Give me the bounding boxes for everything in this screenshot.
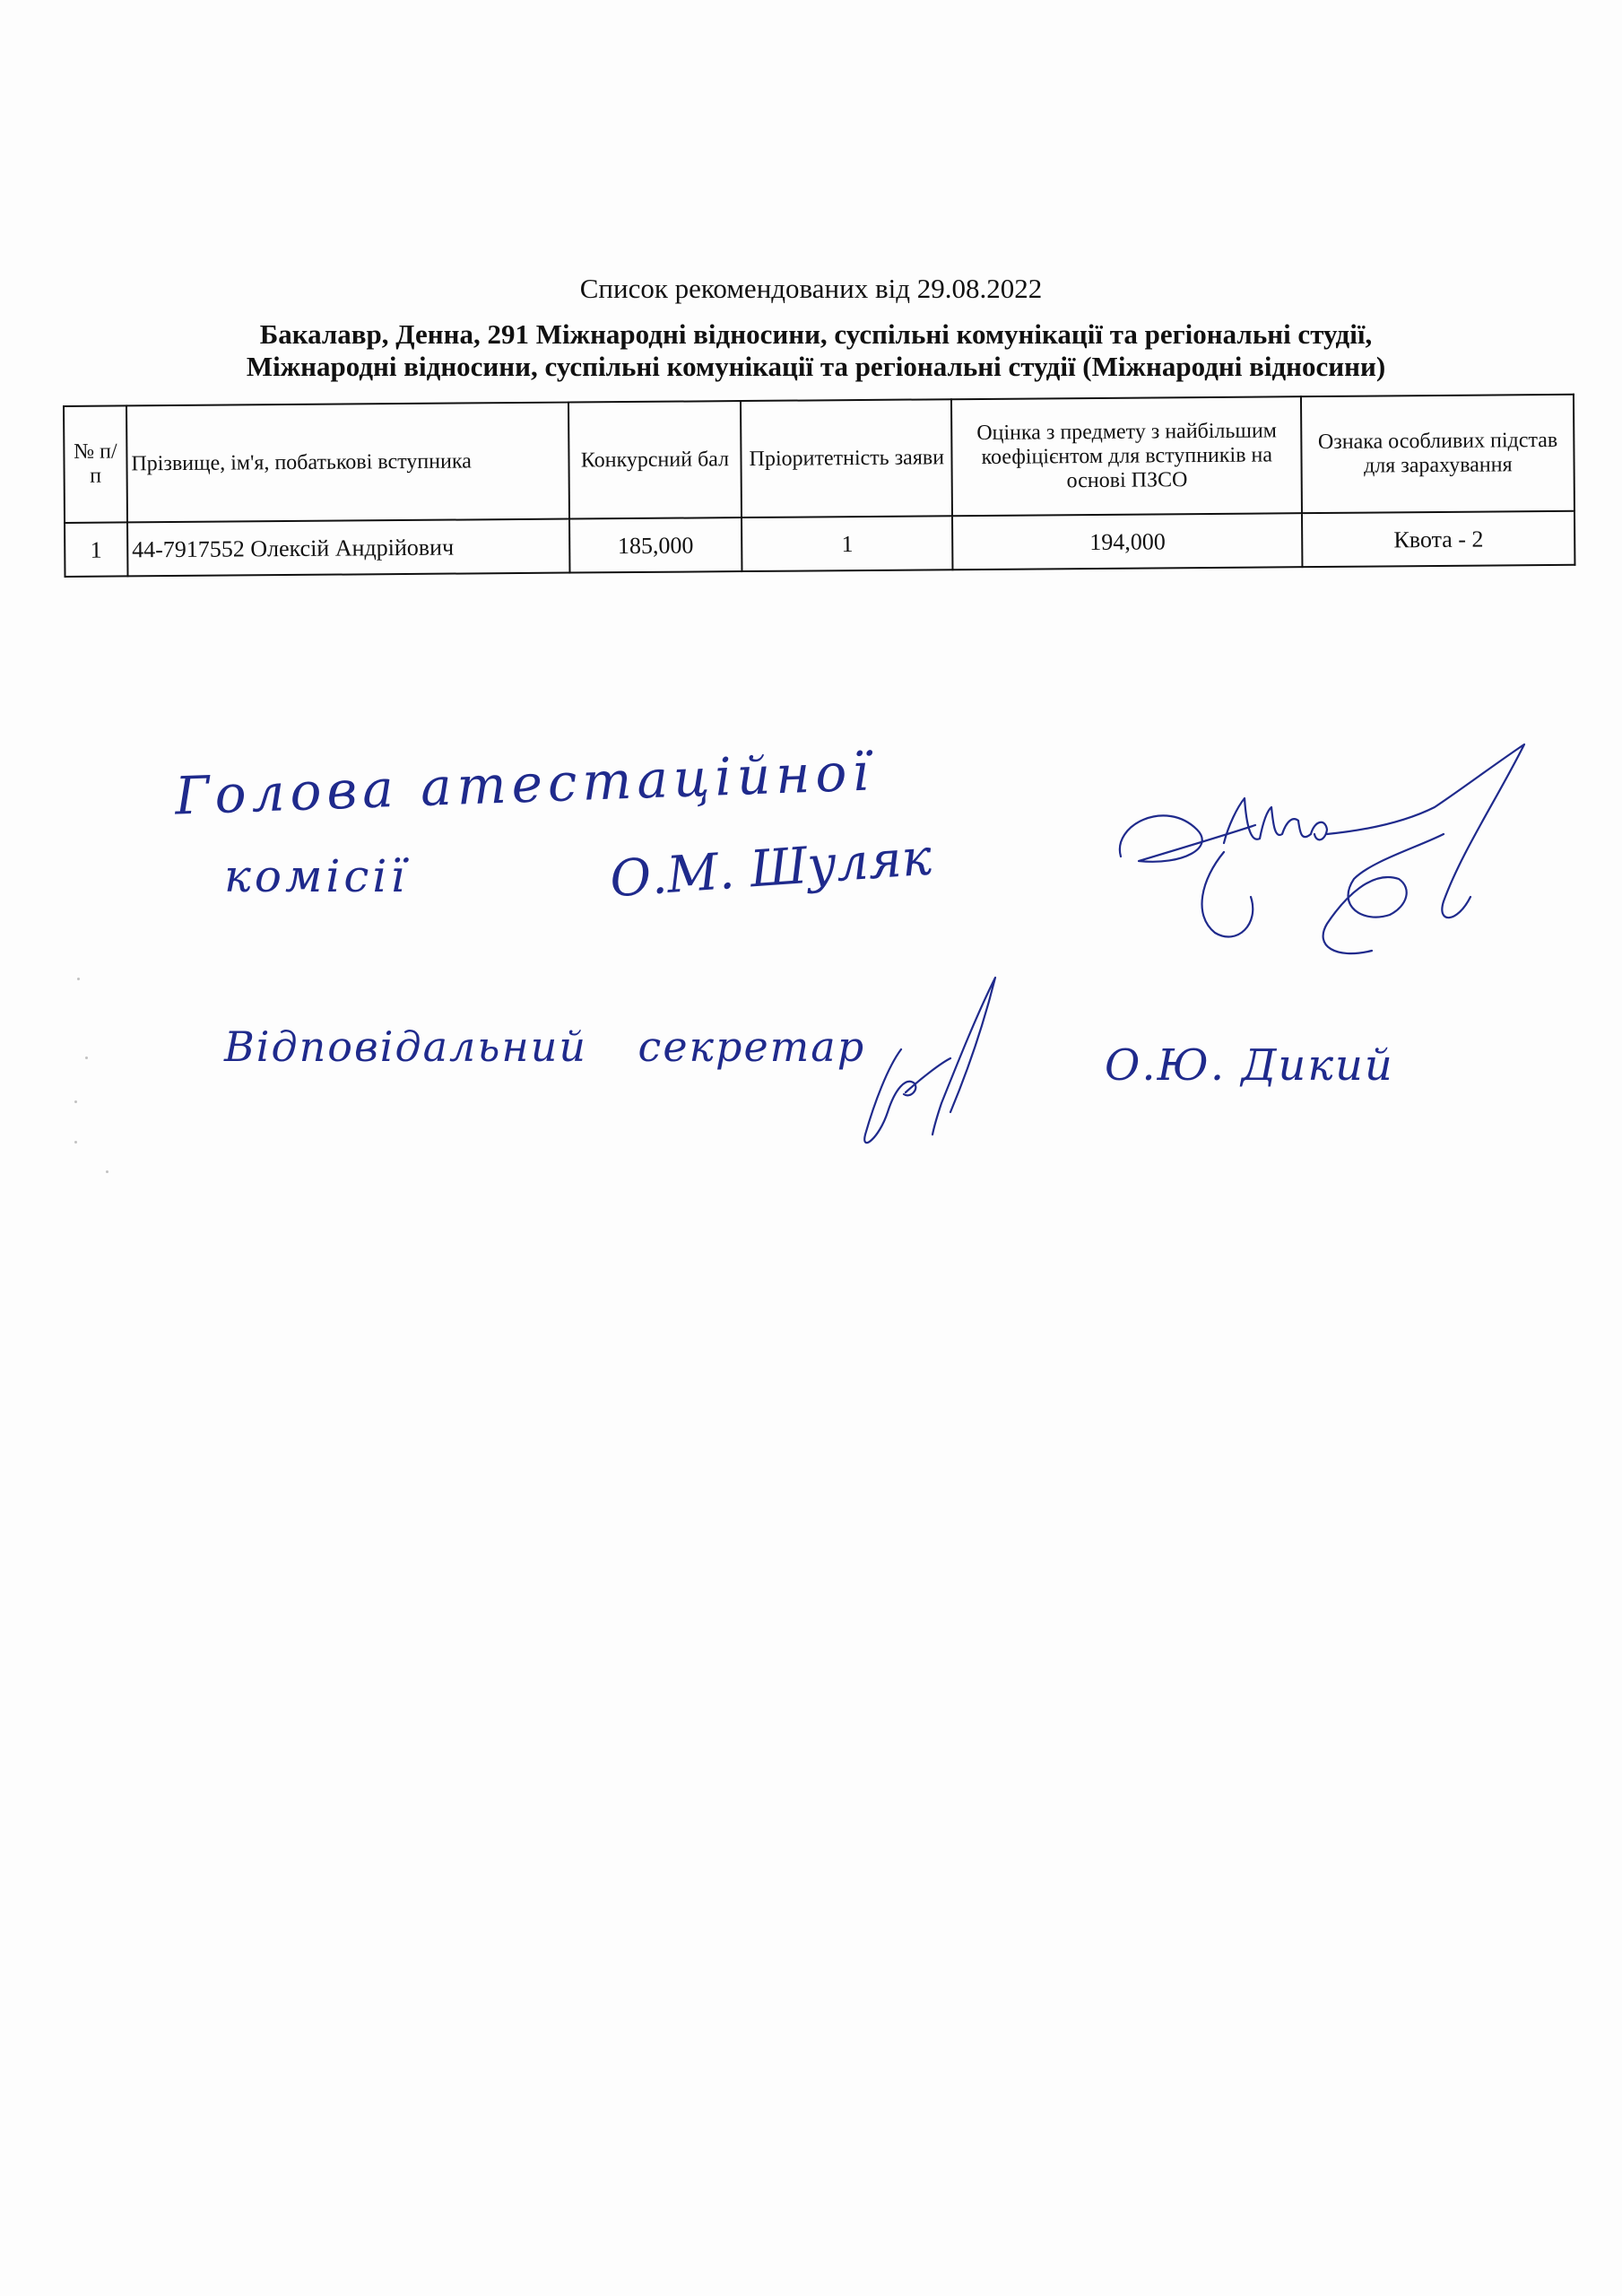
cell-name: 44-7917552 Олексій Андрійович <box>127 519 569 577</box>
chair-role-line-2: комісії <box>224 850 408 902</box>
table-row: 1 44-7917552 Олексій Андрійович 185,000 … <box>65 511 1574 577</box>
secretary-signature <box>852 978 1031 1157</box>
cell-score: 185,000 <box>569 517 742 573</box>
cell-priority: 1 <box>742 516 952 571</box>
chair-name: О.М. Шуляк <box>608 829 933 909</box>
document-subtitle: Бакалавр, Денна, 291 Міжнародні відносин… <box>54 318 1578 383</box>
scan-noise <box>77 978 80 980</box>
recommended-list-table: № п/п Прізвище, ім'я, побатькові вступни… <box>63 394 1575 578</box>
secretary-name: О.Ю. Дикий <box>1105 1040 1394 1091</box>
cell-subject-score: 194,000 <box>952 513 1303 570</box>
scanned-page: Список рекомендованих від 29.08.2022 Бак… <box>0 0 1622 2296</box>
scan-noise <box>74 1100 77 1103</box>
header-special-basis: Ознака особливих підстав для зарахування <box>1301 395 1574 513</box>
chair-signature <box>1103 744 1533 978</box>
secretary-role: Відповідальний секретар <box>224 1022 865 1071</box>
header-number: № п/п <box>64 405 127 523</box>
cell-special-basis: Квота - 2 <box>1302 511 1574 567</box>
header-priority: Пріоритетність заяви <box>741 399 952 517</box>
chair-role-line-1: Голова атестаційної <box>174 741 875 826</box>
document-title: Список рекомендованих від 29.08.2022 <box>0 273 1622 305</box>
header-subject-score: Оцінка з предмету з найбільшим коефіцієн… <box>951 396 1302 516</box>
header-score: Конкурсний бал <box>568 401 742 519</box>
table-header-row: № п/п Прізвище, ім'я, побатькові вступни… <box>64 395 1574 523</box>
scan-noise <box>74 1141 77 1144</box>
subtitle-line-1: Бакалавр, Денна, 291 Міжнародні відносин… <box>54 318 1578 351</box>
cell-number: 1 <box>65 522 127 577</box>
subtitle-line-2: Міжнародні відносини, суспільні комуніка… <box>54 351 1578 383</box>
scan-noise <box>85 1057 88 1059</box>
header-name: Прізвище, ім'я, побатькові вступника <box>126 403 569 523</box>
scan-noise <box>106 1170 108 1173</box>
